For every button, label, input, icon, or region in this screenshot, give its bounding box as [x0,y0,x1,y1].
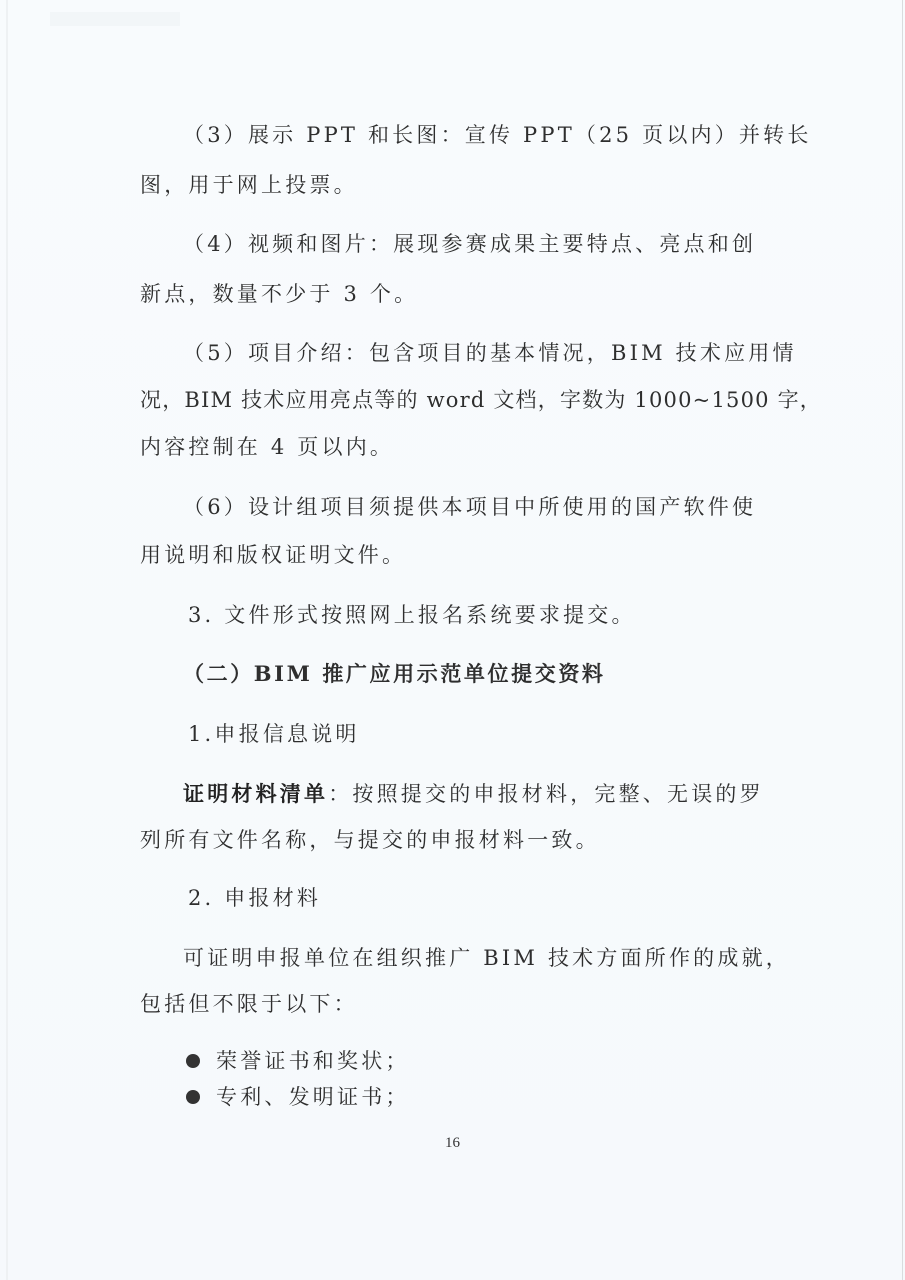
bullet-dot-icon [186,1054,200,1068]
section2-heading: （二）BIM 推广应用示范单位提交资料 [183,660,606,688]
bullet-item: 专利、发明证书； [186,1083,410,1111]
sub2-title: 2. 申报材料 [188,884,321,912]
point3-text: 3. 文件形式按照网上报名系统要求提交。 [188,601,636,629]
bullet-text: 专利、发明证书； [216,1083,410,1111]
faint-watermark [50,12,180,26]
item5-line1: （5）项目介绍：包含项目的基本情况，BIM 技术应用情 [183,339,797,367]
bullet-dot-icon [186,1090,200,1104]
item4-line2: 新点，数量不少于 3 个。 [140,280,418,308]
proof-list-label: 证明材料清单 [183,781,328,806]
page-number: 16 [0,1135,905,1152]
document-page: （3）展示 PPT 和长图：宣传 PPT（25 页以内）并转长 图，用于网上投票… [0,0,905,1280]
item5-line3: 内容控制在 4 页以内。 [140,433,394,461]
item3-line1: （3）展示 PPT 和长图：宣传 PPT（25 页以内）并转长 [183,121,812,149]
proof-list-paragraph-line1: 证明材料清单：按照提交的申报材料，完整、无误的罗 [183,780,764,808]
bullet-item: 荣誉证书和奖状； [186,1047,410,1075]
item3-line2: 图，用于网上投票。 [140,171,358,199]
sub2-intro-line1: 可证明申报单位在组织推广 BIM 技术方面所作的成就， [183,944,790,972]
bullet-text: 荣誉证书和奖状； [216,1047,410,1075]
item4-line1: （4）视频和图片：展现参赛成果主要特点、亮点和创 [183,230,756,258]
item6-line1: （6）设计组项目须提供本项目中所使用的国产软件使 [183,493,756,521]
item5-line2: 况，BIM 技术应用亮点等的 word 文档，字数为 1000~1500 字， [140,386,822,414]
sub1-title: 1.申报信息说明 [188,720,360,748]
proof-list-text: ：按照提交的申报材料，完整、无误的罗 [328,782,764,806]
proof-list-paragraph-line2: 列所有文件名称，与提交的申报材料一致。 [140,826,600,854]
sub2-intro-line2: 包括但不限于以下： [140,990,358,1018]
item6-line2: 用说明和版权证明文件。 [140,541,406,569]
